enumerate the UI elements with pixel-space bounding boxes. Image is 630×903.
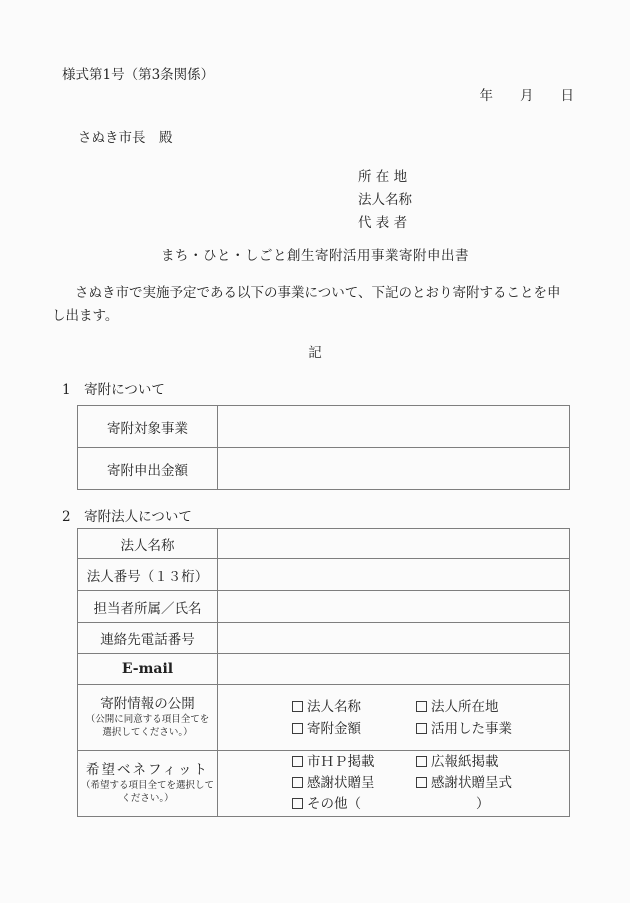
checkbox-icon	[292, 723, 303, 734]
checkbox-icon	[292, 798, 303, 809]
row-label: 法人番号（１３桁）	[78, 559, 218, 591]
document-page: 様式第1号（第3条関係） 年 月 日 さぬき市長 殿 所 在 地 法人名称 代 …	[0, 0, 630, 903]
close-paren: ）	[476, 796, 490, 812]
row-value-cell	[218, 559, 570, 591]
checkbox-row: 感謝状贈呈 感謝状贈呈式	[292, 773, 563, 794]
checkbox-option: 広報紙掲載	[416, 752, 499, 773]
checkbox-label: 感謝状贈呈式	[431, 775, 512, 791]
row-label: 寄附対象事業	[78, 406, 218, 448]
body-line: し出ます。	[52, 305, 564, 328]
sender-representative-label: 代 表 者	[358, 212, 412, 235]
row-label: 法人名称	[78, 529, 218, 559]
checkbox-icon	[416, 723, 427, 734]
date-month-label: 月	[520, 84, 534, 104]
checkbox-label: 法人名称	[307, 699, 361, 715]
checkbox-option: 法人所在地	[416, 696, 499, 718]
sender-block: 所 在 地 法人名称 代 表 者	[358, 166, 412, 235]
checkbox-option: 法人名称	[292, 696, 416, 718]
table-row: E-mail	[78, 654, 570, 685]
row-label-note: ください。）	[80, 792, 215, 805]
checkbox-row: 法人名称 法人所在地	[292, 696, 563, 718]
row-label: 連絡先電話番号	[78, 623, 218, 654]
checkbox-label: 広報紙掲載	[431, 754, 499, 770]
checkbox-icon	[292, 756, 303, 767]
addressee: さぬき市長 殿	[78, 126, 173, 146]
row-label: 希望ベネフィット （希望する項目全てを選択して ください。）	[78, 751, 218, 817]
row-label-main: 寄附情報の公開	[80, 696, 215, 713]
row-label-note: （公開に同意する項目全てを	[80, 713, 215, 726]
benefit-options-cell: 市ＨＰ掲載 広報紙掲載 感謝状贈呈 感謝状贈呈式 その他（）	[218, 751, 570, 817]
document-title: まち・ひと・しごと創生寄附活用事業寄附申出書	[0, 244, 630, 264]
row-label: E-mail	[78, 654, 218, 685]
donation-table: 寄附対象事業 寄附申出金額	[77, 405, 570, 490]
date-line: 年 月 日	[480, 84, 575, 104]
publication-options-cell: 法人名称 法人所在地 寄附金額 活用した事業	[218, 685, 570, 751]
table-row: 法人名称	[78, 529, 570, 559]
row-value-cell	[218, 623, 570, 654]
sender-corp-name-label: 法人名称	[358, 189, 412, 212]
checkbox-label: 活用した事業	[431, 721, 512, 737]
row-label-note: （希望する項目全てを選択して	[80, 779, 215, 792]
form-number: 様式第1号（第3条関係）	[62, 63, 214, 83]
table-row: 寄附対象事業	[78, 406, 570, 448]
date-day-label: 日	[561, 84, 575, 104]
checkbox-label: 感謝状贈呈	[307, 775, 375, 791]
sender-location-label: 所 在 地	[358, 166, 412, 189]
section1-heading: 1 寄附について	[62, 378, 165, 398]
checkbox-row: 市ＨＰ掲載 広報紙掲載	[292, 752, 563, 773]
checkbox-option: その他（）	[292, 794, 490, 815]
checkbox-icon	[292, 777, 303, 788]
corporation-table: 法人名称 法人番号（１３桁） 担当者所属／氏名 連絡先電話番号 E-mail 寄…	[77, 528, 570, 817]
checkbox-option: 感謝状贈呈	[292, 773, 416, 794]
checkbox-icon	[416, 777, 427, 788]
table-row: 希望ベネフィット （希望する項目全てを選択して ください。） 市ＨＰ掲載 広報紙…	[78, 751, 570, 817]
table-row: 連絡先電話番号	[78, 623, 570, 654]
row-value-cell	[218, 654, 570, 685]
row-label: 寄附情報の公開 （公開に同意する項目全てを 選択してください。）	[78, 685, 218, 751]
checkbox-option: 活用した事業	[416, 718, 512, 740]
row-label: 担当者所属／氏名	[78, 591, 218, 623]
row-label-note: 選択してください。）	[80, 726, 215, 739]
row-label-main: 希望ベネフィット	[80, 762, 215, 779]
checkbox-label: 寄附金額	[307, 721, 361, 737]
body-line: さぬき市で実施予定である以下の事業について、下記のとおり寄附することを申	[52, 282, 564, 305]
checkbox-label: 法人所在地	[431, 699, 499, 715]
checkbox-icon	[416, 701, 427, 712]
checkbox-option: 市ＨＰ掲載	[292, 752, 416, 773]
table-row: 寄附申出金額	[78, 448, 570, 490]
checkbox-option: 寄附金額	[292, 718, 416, 740]
table-row: 寄附情報の公開 （公開に同意する項目全てを 選択してください。） 法人名称 法人…	[78, 685, 570, 751]
checkbox-option: 感謝状贈呈式	[416, 773, 512, 794]
row-value-cell	[218, 591, 570, 623]
date-year-label: 年	[480, 84, 494, 104]
checkbox-label: 市ＨＰ掲載	[307, 754, 375, 770]
row-value-cell	[218, 529, 570, 559]
row-label: 寄附申出金額	[78, 448, 218, 490]
section2-heading: 2 寄附法人について	[62, 505, 192, 525]
row-value-cell	[218, 406, 570, 448]
checkbox-label: その他（	[307, 796, 361, 812]
checkbox-icon	[292, 701, 303, 712]
row-value-cell	[218, 448, 570, 490]
table-row: 担当者所属／氏名	[78, 591, 570, 623]
checkbox-icon	[416, 756, 427, 767]
checkbox-row: その他（）	[292, 794, 563, 815]
checkbox-row: 寄附金額 活用した事業	[292, 718, 563, 740]
ki-marker: 記	[0, 341, 630, 361]
table-row: 法人番号（１３桁）	[78, 559, 570, 591]
body-paragraph: さぬき市で実施予定である以下の事業について、下記のとおり寄附することを申 し出ま…	[52, 282, 564, 328]
